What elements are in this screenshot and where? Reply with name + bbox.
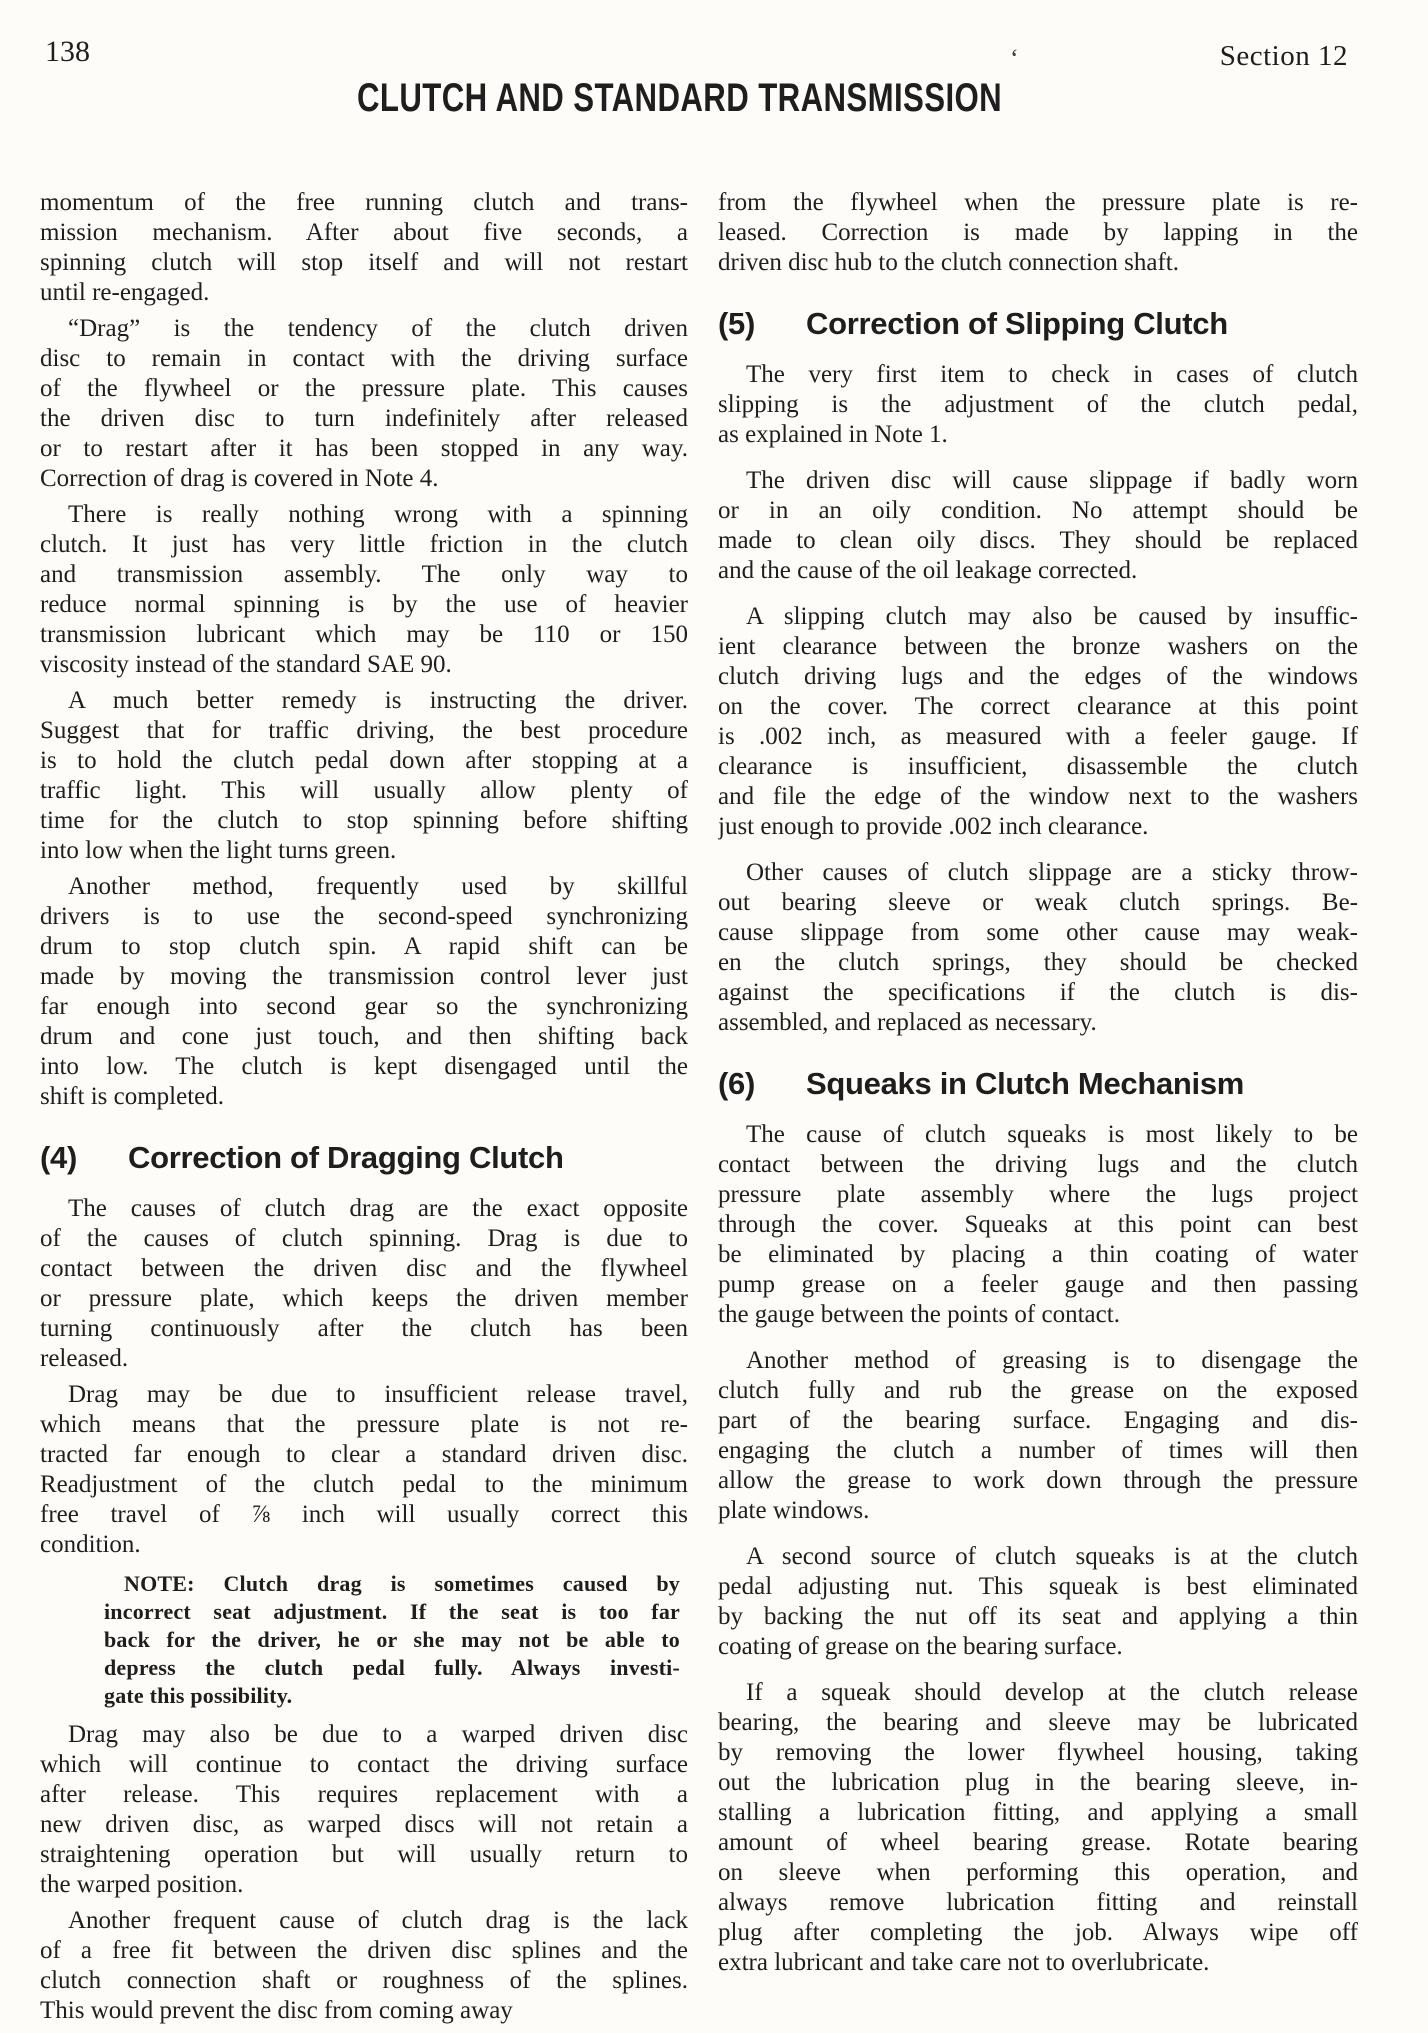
text-line: out bearing sleeve or weak clutch spring… <box>718 888 1358 918</box>
text-line: on the cover. The correct clearance at t… <box>718 692 1358 722</box>
section-heading-number: (4) <box>40 1138 128 1178</box>
text-line: by backing the nut off its seat and appl… <box>718 1602 1358 1632</box>
text-line: Readjustment of the clutch pedal to the … <box>40 1470 688 1500</box>
text-line: of a free fit between the driven disc sp… <box>40 1936 688 1966</box>
text-line: released. <box>40 1344 688 1374</box>
text-line: drivers is to use the second-speed synch… <box>40 902 688 932</box>
text-line: spinning clutch will stop itself and wil… <box>40 248 688 278</box>
text-line: extra lubricant and take care not to ove… <box>718 1948 1358 1978</box>
text-line: out the lubrication plug in the bearing … <box>718 1768 1358 1798</box>
paragraph: A second source of clutch squeaks is at … <box>718 1542 1358 1662</box>
text-line: plate windows. <box>718 1496 1358 1526</box>
text-line: The very first item to check in cases of… <box>718 360 1358 390</box>
text-line: made by moving the transmission control … <box>40 962 688 992</box>
paragraph: There is really nothing wrong with a spi… <box>40 500 688 680</box>
text-line: part of the bearing surface. Engaging an… <box>718 1406 1358 1436</box>
text-line: engaging the clutch a number of times wi… <box>718 1436 1358 1466</box>
text-line: momentum of the free running clutch and … <box>40 188 688 218</box>
text-line: transmission lubricant which may be 110 … <box>40 620 688 650</box>
text-line: traffic light. This will usually allow p… <box>40 776 688 806</box>
text-line: made to clean oily discs. They should be… <box>718 526 1358 556</box>
text-line: If a squeak should develop at the clutch… <box>718 1678 1358 1708</box>
right-column: from the flywheel when the pressure plat… <box>718 188 1358 1994</box>
text-line: disc to remain in contact with the drivi… <box>40 344 688 374</box>
text-line: assembled, and replaced as necessary. <box>718 1008 1358 1038</box>
text-line: back for the driver, he or she may not b… <box>104 1626 680 1654</box>
text-line: The causes of clutch drag are the exact … <box>40 1194 688 1224</box>
text-line: condition. <box>40 1530 688 1560</box>
text-line: clutch connection shaft or roughness of … <box>40 1966 688 1996</box>
text-line: be eliminated by placing a thin coating … <box>718 1240 1358 1270</box>
text-line: amount of wheel bearing grease. Rotate b… <box>718 1828 1358 1858</box>
text-line: contact between the driven disc and the … <box>40 1254 688 1284</box>
text-line: time for the clutch to stop spinning bef… <box>40 806 688 836</box>
text-line: new driven disc, as warped discs will no… <box>40 1810 688 1840</box>
text-line: the driven disc to turn indefinitely aft… <box>40 404 688 434</box>
text-line: depress the clutch pedal fully. Always i… <box>104 1654 680 1682</box>
section-heading-title: Correction of Slipping Clutch <box>806 304 1228 344</box>
text-line: free travel of ⅞ inch will usually corre… <box>40 1500 688 1530</box>
text-line: A slipping clutch may also be caused by … <box>718 602 1358 632</box>
text-line: drum to stop clutch spin. A rapid shift … <box>40 932 688 962</box>
text-line: which means that the pressure plate is n… <box>40 1410 688 1440</box>
text-line: just enough to provide .002 inch clearan… <box>718 812 1358 842</box>
text-line: Another frequent cause of clutch drag is… <box>40 1906 688 1936</box>
text-line: en the clutch springs, they should be ch… <box>718 948 1358 978</box>
text-line: contact between the driving lugs and the… <box>718 1150 1358 1180</box>
section-heading-title: Squeaks in Clutch Mechanism <box>806 1064 1244 1104</box>
text-line: driven disc hub to the clutch connection… <box>718 248 1358 278</box>
text-line: by removing the lower flywheel housing, … <box>718 1738 1358 1768</box>
paragraph: The causes of clutch drag are the exact … <box>40 1194 688 1374</box>
text-line: mission mechanism. After about five seco… <box>40 218 688 248</box>
section-heading-title: Correction of Dragging Clutch <box>128 1138 564 1178</box>
text-line: A much better remedy is instructing the … <box>40 686 688 716</box>
text-line: clutch driving lugs and the edges of the… <box>718 662 1358 692</box>
text-line: or to restart after it has been stopped … <box>40 434 688 464</box>
text-line: which will continue to contact the drivi… <box>40 1750 688 1780</box>
text-line: plug after completing the job. Always wi… <box>718 1918 1358 1948</box>
text-line: is .002 inch, as measured with a feeler … <box>718 722 1358 752</box>
text-line: pedal adjusting nut. This squeak is best… <box>718 1572 1358 1602</box>
text-line: clearance is insufficient, disassemble t… <box>718 752 1358 782</box>
page-title-text: CLUTCH AND STANDARD TRANSMISSION <box>357 76 1002 120</box>
text-line: Another method of greasing is to disenga… <box>718 1346 1358 1376</box>
page-title: CLUTCH AND STANDARD TRANSMISSION <box>0 76 1360 120</box>
text-line: on sleeve when performing this operation… <box>718 1858 1358 1888</box>
paragraph: Another method, frequently used by skill… <box>40 872 688 1112</box>
text-line: The driven disc will cause slippage if b… <box>718 466 1358 496</box>
text-line: and transmission assembly. The only way … <box>40 560 688 590</box>
section-heading: (6)Squeaks in Clutch Mechanism <box>718 1064 1358 1104</box>
section-heading-number: (6) <box>718 1064 806 1104</box>
text-line: through the cover. Squeaks at this point… <box>718 1210 1358 1240</box>
text-line: drum and cone just touch, and then shift… <box>40 1022 688 1052</box>
text-line: coating of grease on the bearing surface… <box>718 1632 1358 1662</box>
text-line: into low when the light turns green. <box>40 836 688 866</box>
text-line: The cause of clutch squeaks is most like… <box>718 1120 1358 1150</box>
section-heading: (5)Correction of Slipping Clutch <box>718 304 1358 344</box>
text-line: as explained in Note 1. <box>718 420 1358 450</box>
paragraph: “Drag” is the tendency of the clutch dri… <box>40 314 688 494</box>
section-heading: (4)Correction of Dragging Clutch <box>40 1138 688 1178</box>
ink-speck: ‘ <box>1010 44 1019 74</box>
section-label: Section 12 <box>1220 38 1348 74</box>
text-line: incorrect seat adjustment. If the seat i… <box>104 1598 680 1626</box>
text-line: against the specifications if the clutch… <box>718 978 1358 1008</box>
text-line: Drag may be due to insufficient release … <box>40 1380 688 1410</box>
text-line: clutch. It just has very little friction… <box>40 530 688 560</box>
paragraph: The very first item to check in cases of… <box>718 360 1358 450</box>
text-line: cause slippage from some other cause may… <box>718 918 1358 948</box>
paragraph: Drag may be due to insufficient release … <box>40 1380 688 1560</box>
text-line: This would prevent the disc from coming … <box>40 1996 688 2026</box>
text-line: the warped position. <box>40 1870 688 1900</box>
text-line: Suggest that for traffic driving, the be… <box>40 716 688 746</box>
text-line: into low. The clutch is kept disengaged … <box>40 1052 688 1082</box>
text-line: bearing, the bearing and sleeve may be l… <box>718 1708 1358 1738</box>
text-line: or in an oily condition. No attempt shou… <box>718 496 1358 526</box>
text-line: allow the grease to work down through th… <box>718 1466 1358 1496</box>
text-line: “Drag” is the tendency of the clutch dri… <box>40 314 688 344</box>
paragraph: Other causes of clutch slippage are a st… <box>718 858 1358 1038</box>
text-line: the gauge between the points of contact. <box>718 1300 1358 1330</box>
paragraph: momentum of the free running clutch and … <box>40 188 688 308</box>
left-column: momentum of the free running clutch and … <box>40 188 688 2032</box>
text-line: and the cause of the oil leakage correct… <box>718 556 1358 586</box>
paragraph: Drag may also be due to a warped driven … <box>40 1720 688 1900</box>
paragraph: Another method of greasing is to disenga… <box>718 1346 1358 1526</box>
paragraph: from the flywheel when the pressure plat… <box>718 188 1358 278</box>
note-paragraph: NOTE: Clutch drag is sometimes caused by… <box>104 1570 680 1710</box>
manual-page: 138 ‘ Section 12 CLUTCH AND STANDARD TRA… <box>0 0 1428 2033</box>
paragraph: Another frequent cause of clutch drag is… <box>40 1906 688 2026</box>
text-line: of the flywheel or the pressure plate. T… <box>40 374 688 404</box>
text-line: NOTE: Clutch drag is sometimes caused by <box>104 1570 680 1598</box>
text-line: A second source of clutch squeaks is at … <box>718 1542 1358 1572</box>
text-line: slipping is the adjustment of the clutch… <box>718 390 1358 420</box>
text-line: ient clearance between the bronze washer… <box>718 632 1358 662</box>
text-line: far enough into second gear so the synch… <box>40 992 688 1022</box>
paragraph: The cause of clutch squeaks is most like… <box>718 1120 1358 1330</box>
text-line: turning continuously after the clutch ha… <box>40 1314 688 1344</box>
text-line: leased. Correction is made by lapping in… <box>718 218 1358 248</box>
text-line: pump grease on a feeler gauge and then p… <box>718 1270 1358 1300</box>
page-number: 138 <box>45 34 90 70</box>
text-line: is to hold the clutch pedal down after s… <box>40 746 688 776</box>
text-line: shift is completed. <box>40 1082 688 1112</box>
text-line: Other causes of clutch slippage are a st… <box>718 858 1358 888</box>
text-line: Another method, frequently used by skill… <box>40 872 688 902</box>
text-line: of the causes of clutch spinning. Drag i… <box>40 1224 688 1254</box>
text-line: gate this possibility. <box>104 1682 680 1710</box>
text-line: pressure plate assembly where the lugs p… <box>718 1180 1358 1210</box>
text-line: or pressure plate, which keeps the drive… <box>40 1284 688 1314</box>
text-line: from the flywheel when the pressure plat… <box>718 188 1358 218</box>
text-line: straightening operation but will usually… <box>40 1840 688 1870</box>
text-line: reduce normal spinning is by the use of … <box>40 590 688 620</box>
text-line: viscosity instead of the standard SAE 90… <box>40 650 688 680</box>
text-line: clutch fully and rub the grease on the e… <box>718 1376 1358 1406</box>
text-line: stalling a lubrication fitting, and appl… <box>718 1798 1358 1828</box>
text-line: until re-engaged. <box>40 278 688 308</box>
text-line: tracted far enough to clear a standard d… <box>40 1440 688 1470</box>
section-heading-number: (5) <box>718 304 806 344</box>
text-line: after release. This requires replacement… <box>40 1780 688 1810</box>
paragraph: A slipping clutch may also be caused by … <box>718 602 1358 842</box>
text-line: always remove lubrication fitting and re… <box>718 1888 1358 1918</box>
paragraph: The driven disc will cause slippage if b… <box>718 466 1358 586</box>
paragraph: If a squeak should develop at the clutch… <box>718 1678 1358 1978</box>
text-line: Drag may also be due to a warped driven … <box>40 1720 688 1750</box>
paragraph: A much better remedy is instructing the … <box>40 686 688 866</box>
text-line: There is really nothing wrong with a spi… <box>40 500 688 530</box>
text-line: and file the edge of the window next to … <box>718 782 1358 812</box>
text-line: Correction of drag is covered in Note 4. <box>40 464 688 494</box>
